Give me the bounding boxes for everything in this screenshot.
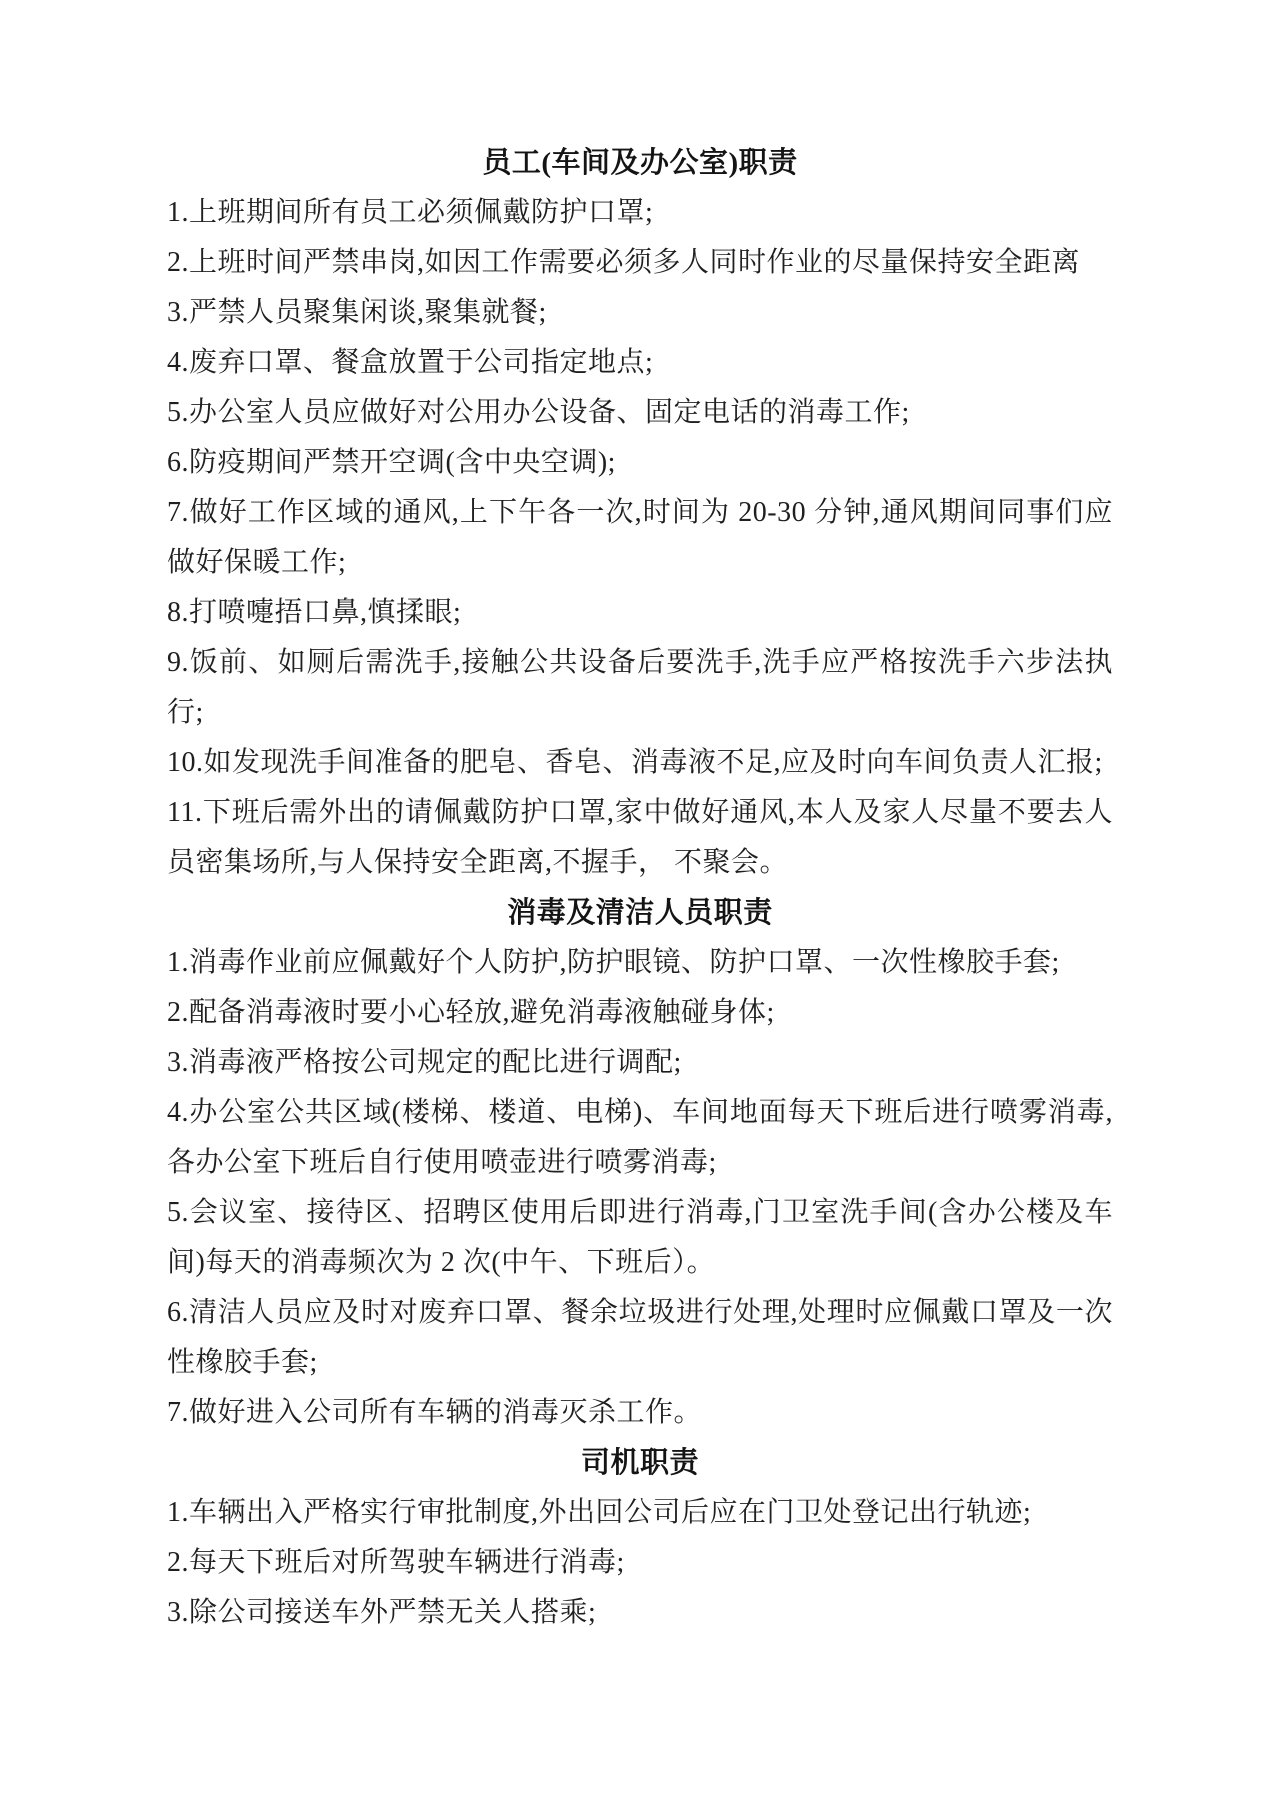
list-item: 1.消毒作业前应佩戴好个人防护,防护眼镜、防护口罩、一次性橡胶手套;	[167, 938, 1113, 988]
list-item: 6.防疫期间严禁开空调(含中央空调);	[167, 438, 1113, 488]
list-item: 9.饭前、如厕后需洗手,接触公共设备后要洗手,洗手应严格按洗手六步法执行;	[167, 638, 1113, 738]
section-heading-drivers: 司机职责	[167, 1438, 1113, 1488]
section-heading-cleaning-staff: 消毒及清洁人员职责	[167, 888, 1113, 938]
section-heading-employees: 员工(车间及办公室)职责	[167, 138, 1113, 188]
list-item: 2.上班时间严禁串岗,如因工作需要必须多人同时作业的尽量保持安全距离	[167, 238, 1113, 288]
list-item: 3.消毒液严格按公司规定的配比进行调配;	[167, 1038, 1113, 1088]
list-item: 3.严禁人员聚集闲谈,聚集就餐;	[167, 288, 1113, 338]
list-item: 2.每天下班后对所驾驶车辆进行消毒;	[167, 1538, 1113, 1588]
list-item: 5.办公室人员应做好对公用办公设备、固定电话的消毒工作;	[167, 388, 1113, 438]
list-item: 7.做好工作区域的通风,上下午各一次,时间为 20-30 分钟,通风期间同事们应…	[167, 488, 1113, 588]
list-item: 1.车辆出入严格实行审批制度,外出回公司后应在门卫处登记出行轨迹;	[167, 1488, 1113, 1538]
list-item: 4.废弃口罩、餐盒放置于公司指定地点;	[167, 338, 1113, 388]
list-item: 8.打喷嚏捂口鼻,慎揉眼;	[167, 588, 1113, 638]
list-item: 3.除公司接送车外严禁无关人搭乘;	[167, 1588, 1113, 1638]
list-item: 4.办公室公共区域(楼梯、楼道、电梯)、车间地面每天下班后进行喷雾消毒,各办公室…	[167, 1088, 1113, 1188]
list-item: 2.配备消毒液时要小心轻放,避免消毒液触碰身体;	[167, 988, 1113, 1038]
list-item: 7.做好进入公司所有车辆的消毒灭杀工作。	[167, 1388, 1113, 1438]
list-item: 6.清洁人员应及时对废弃口罩、餐余垃圾进行处理,处理时应佩戴口罩及一次性橡胶手套…	[167, 1288, 1113, 1388]
list-item: 5.会议室、接待区、招聘区使用后即进行消毒,门卫室洗手间(含办公楼及车间)每天的…	[167, 1188, 1113, 1288]
list-item: 10.如发现洗手间准备的肥皂、香皂、消毒液不足,应及时向车间负责人汇报;	[167, 738, 1113, 788]
list-item: 1.上班期间所有员工必须佩戴防护口罩;	[167, 188, 1113, 238]
document-page: 员工(车间及办公室)职责 1.上班期间所有员工必须佩戴防护口罩; 2.上班时间严…	[0, 0, 1280, 1810]
list-item: 11.下班后需外出的请佩戴防护口罩,家中做好通风,本人及家人尽量不要去人员密集场…	[167, 788, 1113, 888]
